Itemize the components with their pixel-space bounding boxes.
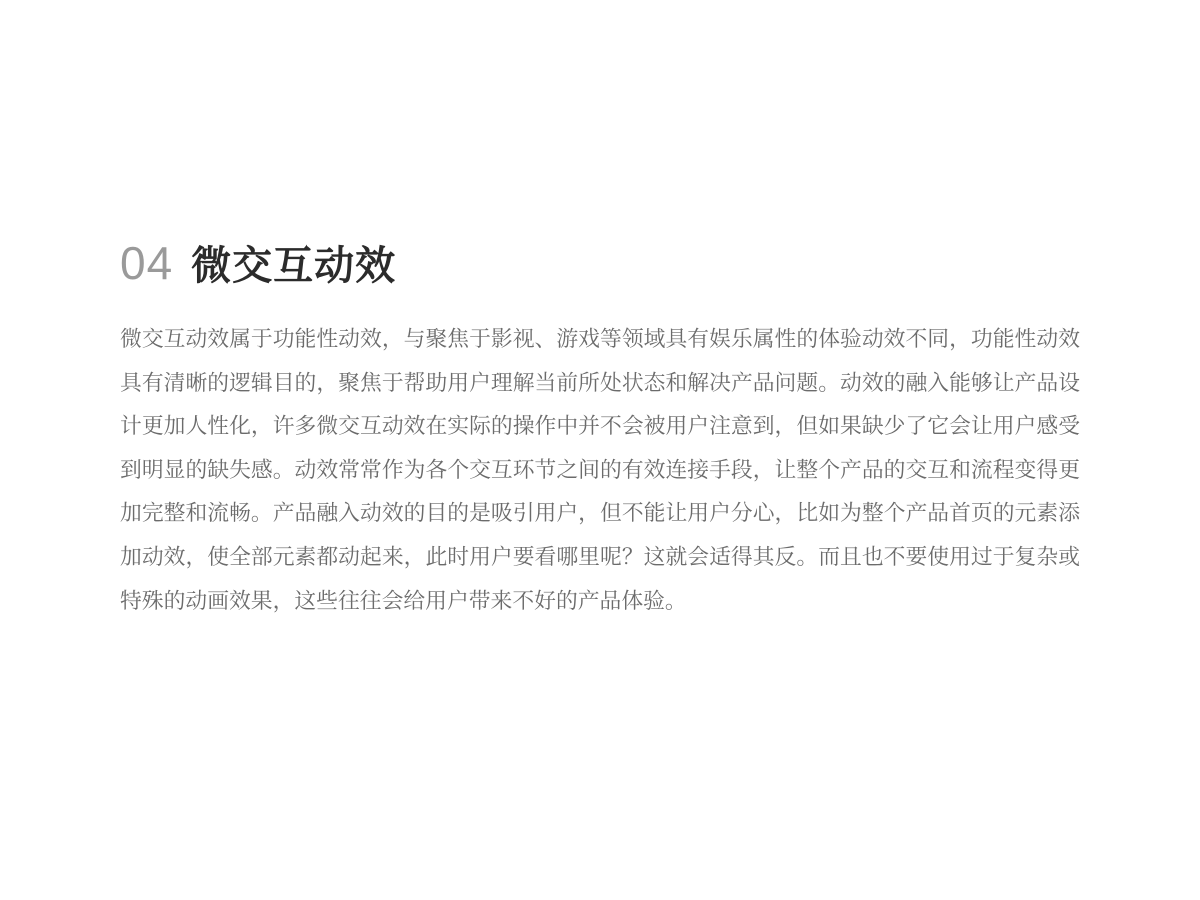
section-number: 04 (120, 236, 173, 290)
body-paragraph: 微交互动效属于功能性动效，与聚焦于影视、游戏等领域具有娱乐属性的体验动效不同，功… (120, 318, 1080, 623)
content-section: 04 微交互动效 微交互动效属于功能性动效，与聚焦于影视、游戏等领域具有娱乐属性… (120, 236, 1080, 623)
section-heading: 04 微交互动效 (120, 236, 1080, 290)
section-title: 微交互动效 (191, 239, 396, 293)
